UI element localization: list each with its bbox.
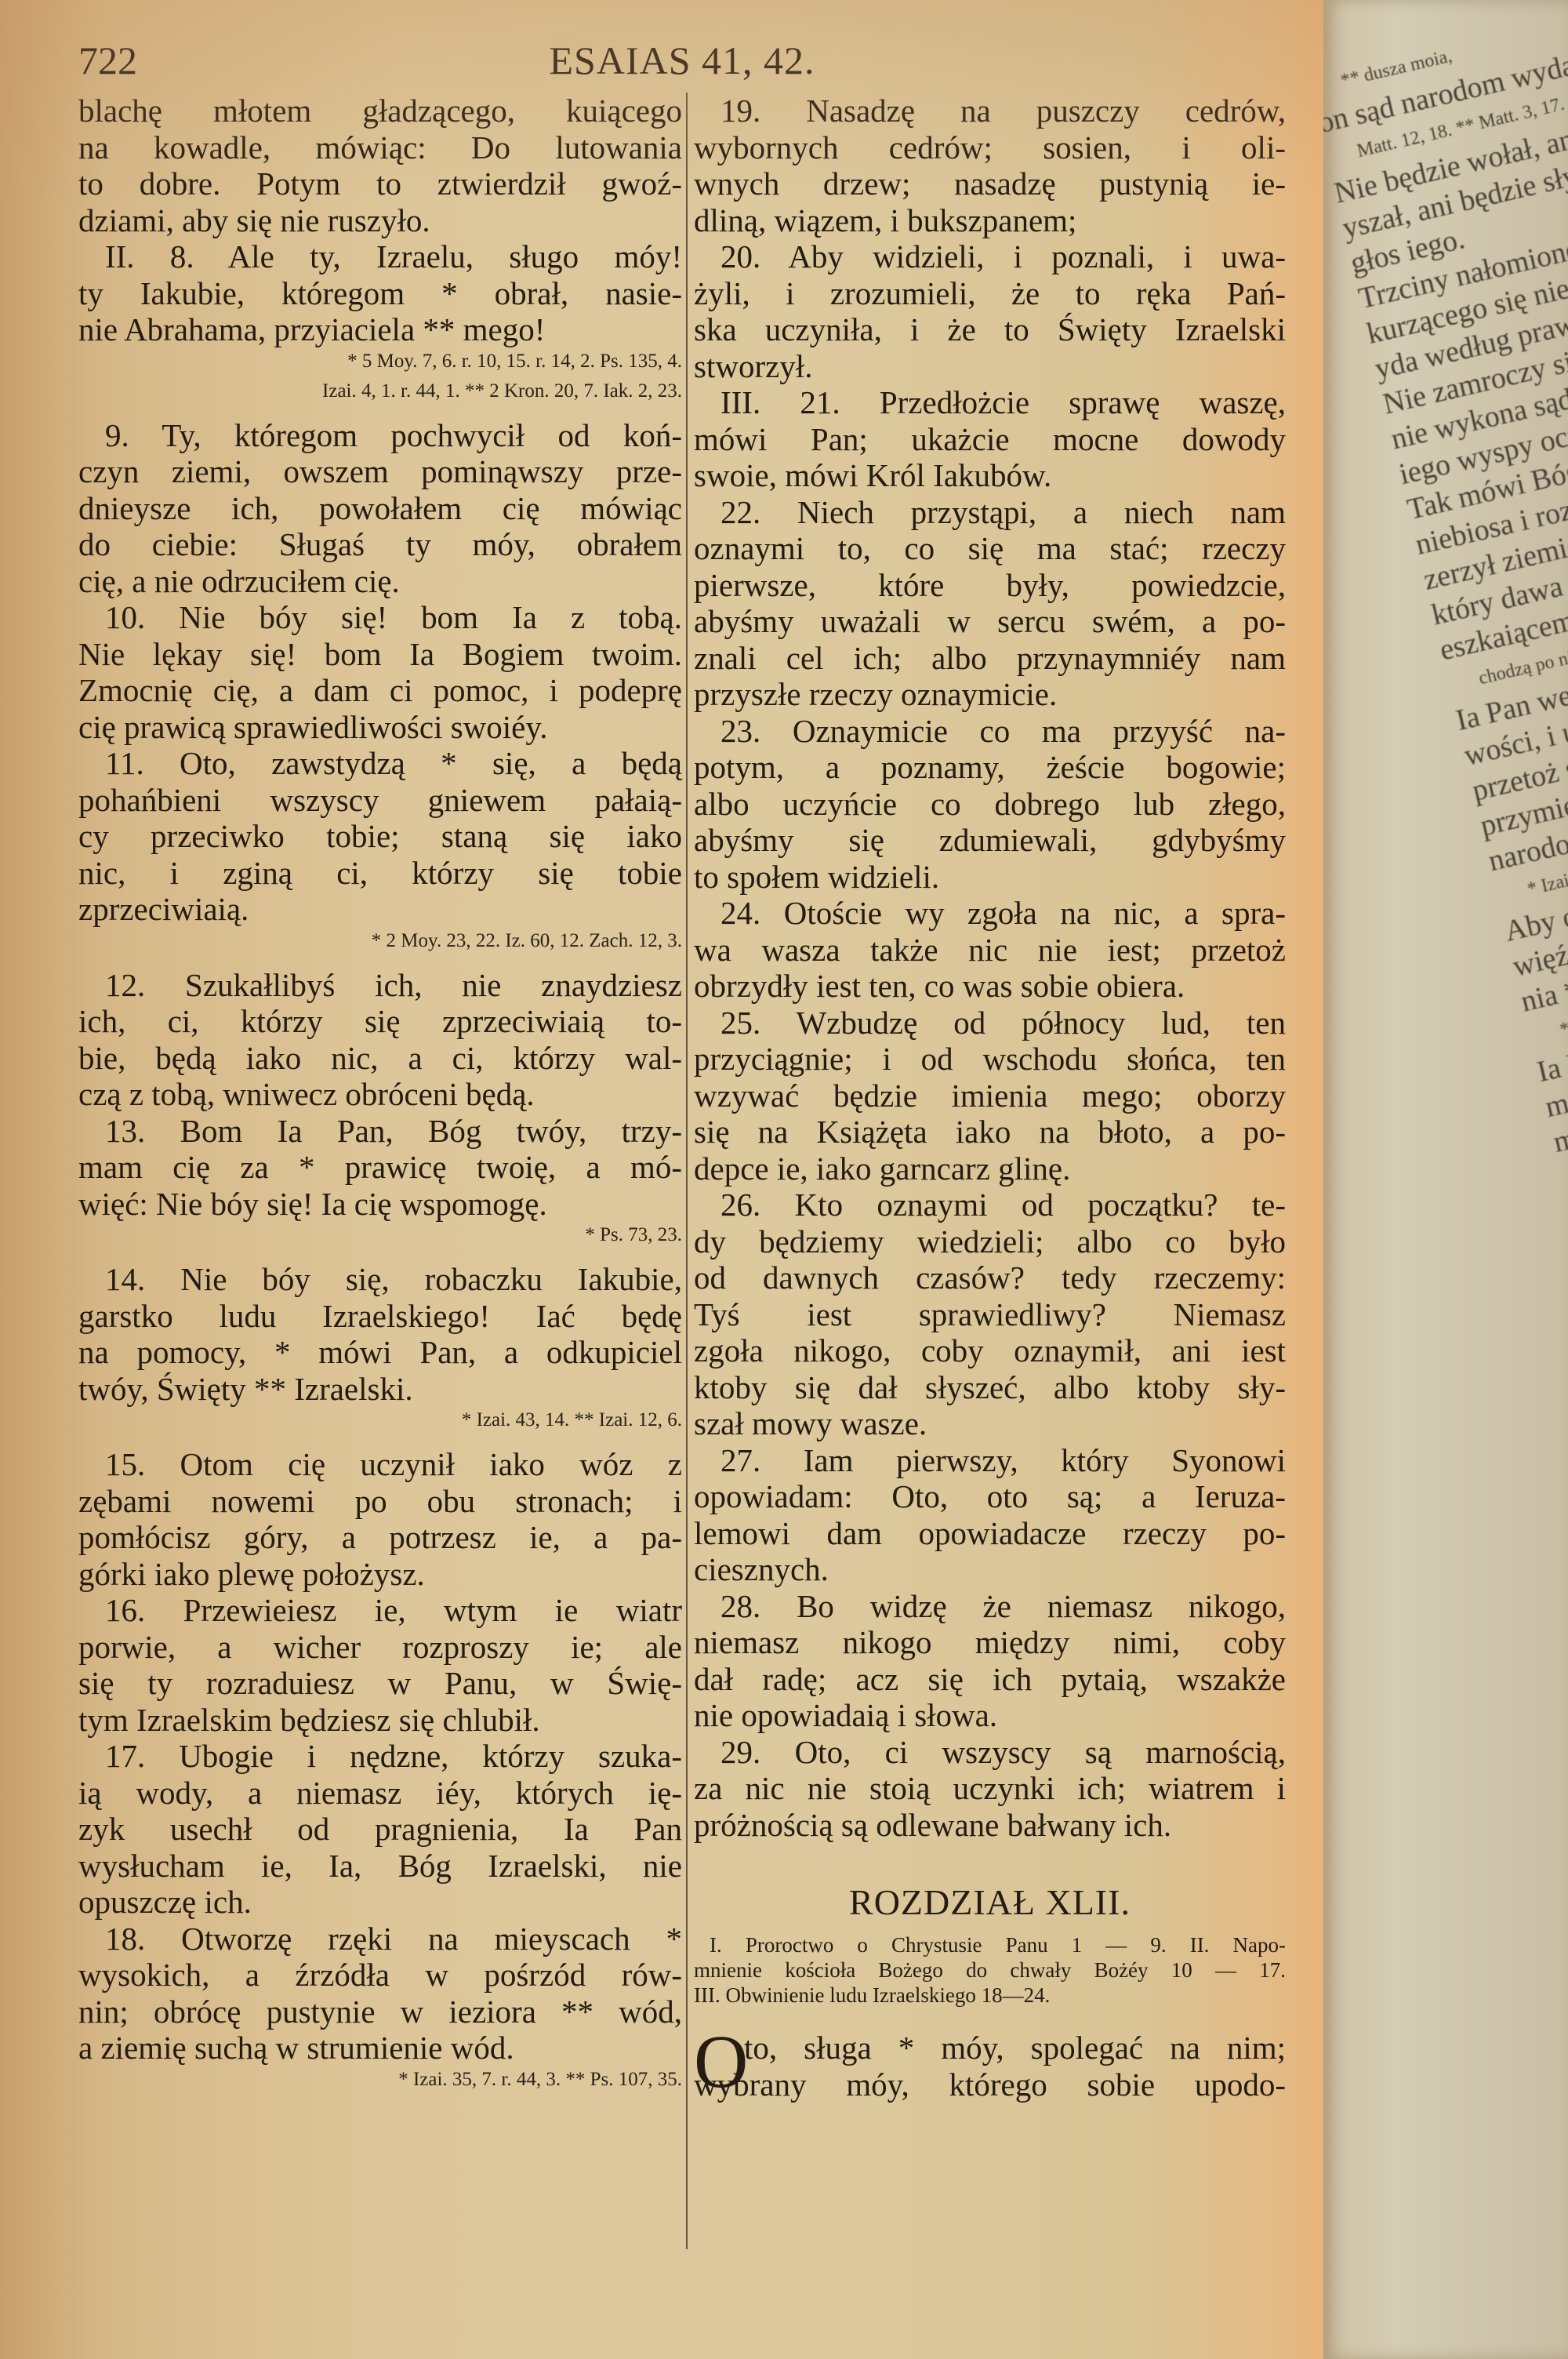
text-line: cy przeciwko tobie; staną się iako [78, 818, 682, 855]
text-line: porwie, a wicher rozproszy ie; ale [78, 1629, 682, 1666]
footnote-refs: * 5 Moy. 7, 6. r. 10, 15. r. 14, 2. Ps. … [78, 348, 682, 408]
cross-reference: Izai. 4, 1. r. 44, 1. ** 2 Kron. 20, 7. … [78, 378, 682, 408]
text-line: tym Izraelskim będziesz się chlubił. [78, 1702, 682, 1739]
footnote-refs: * Izai. 35, 7. r. 44, 3. ** Ps. 107, 35. [78, 2066, 682, 2096]
text-line: przyciągnie; i od wschodu słońca, ten [694, 1041, 1286, 1078]
text-line: Tyś iest sprawiedliwy? Niemasz [694, 1296, 1286, 1333]
text-line: więć: Nie bóy się! Ia cię wspomogę. [78, 1186, 682, 1223]
cross-reference: * 2 Moy. 23, 22. Iz. 60, 12. Zach. 12, 3… [78, 928, 682, 958]
text-line: na pomocy, * mówi Pan, a odkupiciel [78, 1334, 682, 1371]
text-line: lemowi dam opowiadacze rzeczy po- [694, 1515, 1286, 1552]
text-line: próżnością są odlewane bałwany ich. [694, 1807, 1286, 1844]
text-line: wnych drzew; nasadzę pustynią ie- [694, 165, 1286, 202]
text-line: 22. Niech przystąpi, a niech nam [694, 494, 1286, 531]
column-divider [686, 93, 688, 2249]
footnote-refs: * 2 Moy. 23, 22. Iz. 60, 12. Zach. 12, 3… [78, 928, 682, 958]
text-line: 17. Ubogie i nędzne, którzy szuka- [78, 1738, 682, 1775]
text-line: cię, a nie odrzuciłem cię. [78, 563, 682, 600]
text-line: stworzył. [694, 348, 1286, 385]
text-line: czą z tobą, wniwecz obróceni będą. [78, 1076, 682, 1113]
summary-line: I. Proroctwo o Chrystusie Panu 1 — 9. II… [694, 1932, 1286, 1957]
text-line: zyk usechł od pragnienia, Ia Pan [78, 1811, 682, 1848]
text-line: się na Książęta iako na błoto, a po- [694, 1114, 1286, 1150]
text-line: 10. Nie bóy się! bom Ia z tobą. [78, 599, 682, 636]
text-line: ią wody, a niemasz iéy, których ię- [78, 1775, 682, 1812]
text-line: III. 21. Przedłożcie sprawę waszę, [694, 384, 1286, 421]
text-line: Nie lękay się! bom Ia Bogiem twoim. [78, 636, 682, 673]
cross-reference: * Ps. 73, 23. [78, 1222, 682, 1252]
text-line: 20. Aby widzieli, i poznali, i uwa- [694, 238, 1286, 275]
text-line: niemasz nikogo między nimi, coby [694, 1624, 1286, 1661]
text-line: mówi Pan; ukażcie mocne dowody [694, 421, 1286, 458]
text-line: opuszczę ich. [78, 1884, 682, 1921]
text-line: ska uczyniła, i że to Święty Izraelski [694, 311, 1286, 348]
facing-page-text: ** dusza moia,on sąd narodom wydaMatt. 1… [1323, 0, 1568, 2005]
text-block: 12. Szukałlibyś ich, nie znaydzieszich, … [78, 967, 682, 1223]
text-line: dał radę; acz się ich pytaią, wszakże [694, 1661, 1286, 1698]
text-line: 23. Oznaymicie co ma przyyść na- [694, 713, 1286, 750]
text-line: opowiadam: Oto, oto są; a Ieruza- [694, 1478, 1286, 1515]
text-line: ktoby się dał słyszeć, albo ktoby sły- [694, 1369, 1286, 1406]
text-line: 12. Szukałlibyś ich, nie znaydziesz [78, 967, 682, 1004]
text-block: 19. Nasadzę na puszczy cedrów,wybornych … [694, 93, 1286, 1843]
text-line: wysokich, a źrzódła w pośrzód rów- [78, 1957, 682, 1994]
text-line: na kowadle, mówiąc: Do lutowania [78, 129, 682, 166]
text-line: nic, i zginą ci, którzy się tobie [78, 855, 682, 892]
footnote-refs: * Izai. 43, 14. ** Izai. 12, 6. [78, 1407, 682, 1437]
right-column: 19. Nasadzę na puszczy cedrów,wybornych … [694, 93, 1286, 2103]
text-line: dy będziemy wiedzieli; albo co było [694, 1223, 1286, 1260]
text-line: pierwsze, które były, powiedzcie, [694, 567, 1286, 604]
text-line: garstko ludu Izraelskiego! Iać będę [78, 1298, 682, 1335]
text-line: mam cię za * prawicę twoię, a mó- [78, 1149, 682, 1186]
text-line: wzywać będzie imienia mego; oborzy [694, 1078, 1286, 1114]
text-line: 13. Bom Ia Pan, Bóg twóy, trzy- [78, 1113, 682, 1150]
drop-cap: O [694, 2026, 748, 2097]
chapter-opening: O to, sługa * móy, spolegać na nim;wybra… [694, 2030, 1286, 2103]
text-block: blachę młotem gładzącego, kuiącegona kow… [78, 93, 682, 348]
text-line: oznaymi to, co się ma stać; rzeczy [694, 530, 1286, 567]
running-head: 722 ESAIAS 41, 42. [78, 38, 1286, 85]
text-line: cię prawicą sprawiedliwości swoiéy. [78, 709, 682, 746]
text-line: do ciebie: Sługaś ty móy, obrałem [78, 526, 682, 563]
left-column: blachę młotem gładzącego, kuiącegona kow… [78, 93, 682, 2096]
text-line: ciesznych. [694, 1551, 1286, 1588]
text-line: 9. Ty, któregom pochwycił od koń- [78, 417, 682, 454]
running-title: ESAIAS 41, 42. [78, 38, 1286, 83]
text-line: abyśmy uważali w sercu swém, a po- [694, 603, 1286, 640]
text-line: 19. Nasadzę na puszczy cedrów, [694, 93, 1286, 129]
text-line: a ziemię suchą w strumienie wód. [78, 2030, 682, 2066]
cross-reference: * 5 Moy. 7, 6. r. 10, 15. r. 14, 2. Ps. … [78, 348, 682, 378]
chapter-summary: I. Proroctwo o Chrystusie Panu 1 — 9. II… [694, 1932, 1286, 2008]
text-line: za nic nie stoią uczynki ich; wiatrem i [694, 1770, 1286, 1807]
text-line: dziami, aby się nie ruszyło. [78, 202, 682, 239]
text-line: 11. Oto, zawstydzą * się, a będą [78, 745, 682, 782]
text-line: 29. Oto, ci wszyscy są marnością, [694, 1734, 1286, 1771]
text-line: czyn ziemi, owszem pominąwszy prze- [78, 453, 682, 490]
summary-line: III. Obwinienie ludu Izraelskiego 18—24. [694, 1983, 1286, 2008]
text-line: swoie, mówi Król Iakubów. [694, 457, 1286, 494]
text-line: abyśmy się zdumiewali, gdybyśmy [694, 822, 1286, 859]
text-line: od dawnych czasów? tedy rzeczemy: [694, 1259, 1286, 1296]
text-line: to dobre. Potym to ztwierdził gwoź- [78, 165, 682, 202]
text-line: pohańbieni wszyscy gniewem pałaią- [78, 782, 682, 819]
text-block: 9. Ty, któregom pochwycił od koń-czyn zi… [78, 417, 682, 928]
text-line: zprzeciwiaią. [78, 891, 682, 928]
text-line: 18. Otworzę rzęki na mieyscach * [78, 1921, 682, 1957]
footnote-refs: * Ps. 73, 23. [78, 1222, 682, 1252]
text-line: nin; obrócę pustynie w ieziora ** wód, [78, 1994, 682, 2030]
text-line: twóy, Święty ** Izraelski. [78, 1371, 682, 1408]
text-line: żyli, i zrozumieli, że to ręka Pań- [694, 275, 1286, 312]
facing-page-edge: ** dusza moia,on sąd narodom wydaMatt. 1… [1323, 0, 1568, 2359]
text-line: dliną, wiązem, i bukszpanem; [694, 202, 1286, 239]
text-line: szał mowy wasze. [694, 1405, 1286, 1442]
text-line: blachę młotem gładzącego, kuiącego [78, 93, 682, 129]
text-line: ich, ci, którzy się zprzeciwiaią to- [78, 1003, 682, 1040]
text-block: 14. Nie bóy się, robaczku Iakubie,garstk… [78, 1261, 682, 1407]
text-line: obrzydły iest ten, co was sobie obiera. [694, 968, 1286, 1005]
text-line: 28. Bo widzę że niemasz nikogo, [694, 1588, 1286, 1625]
text-line: bie, będą iako nic, a ci, którzy wal- [78, 1040, 682, 1077]
text-line: albo uczyńcie co dobrego lub złego, [694, 786, 1286, 823]
text-line: zgoła nikogo, coby oznaymił, ani iest [694, 1332, 1286, 1369]
text-line: 14. Nie bóy się, robaczku Iakubie, [78, 1261, 682, 1298]
text-line: przyszłe rzeczy oznaymicie. [694, 676, 1286, 713]
text-line: wa wasza także nic nie iest; przetoż [694, 932, 1286, 969]
chapter-heading: ROZDZIAŁ XLII. [694, 1879, 1286, 1926]
text-line: 26. Kto oznaymi od początku? te- [694, 1187, 1286, 1223]
book-page-left: 722 ESAIAS 41, 42. blachę młotem gładząc… [0, 0, 1325, 2359]
text-line: potym, a poznamy, żeście bogowie; [694, 749, 1286, 786]
text-line: pomłócisz góry, a potrzesz ie, a pa- [78, 1519, 682, 1556]
cross-reference: * Izai. 43, 14. ** Izai. 12, 6. [78, 1407, 682, 1437]
text-line: nie Abrahama, przyiaciela ** mego! [78, 311, 682, 348]
text-line: wysłucham ie, Ia, Bóg Izraelski, nie [78, 1848, 682, 1885]
text-line: zębami nowemi po obu stronach; i [78, 1483, 682, 1520]
text-line: depce ie, iako garncarz glinę. [694, 1150, 1286, 1187]
text-line: znali cel ich; albo przynaymniéy nam [694, 640, 1286, 677]
summary-line: mnienie kościoła Bożego do chwały Bożéy … [694, 1957, 1286, 1983]
text-line: Zmocnię cię, a dam ci pomoc, i podeprę [78, 672, 682, 709]
text-line: wybornych cedrów; sosien, i oli- [694, 129, 1286, 166]
text-line: 25. Wzbudzę od północy lud, ten [694, 1005, 1286, 1041]
text-line: to, sługa * móy, spolegać na nim; [694, 2030, 1286, 2066]
text-line: 15. Otom cię uczynił iako wóz z [78, 1446, 682, 1483]
text-line: ty Iakubie, któregom * obrał, nasie- [78, 275, 682, 312]
text-line: to społem widzieli. [694, 859, 1286, 896]
text-line: dnieysze ich, powołałem cię mówiąc [78, 490, 682, 527]
text-line: wybrany móy, którego sobie upodo- [694, 2066, 1286, 2103]
text-line: 27. Iam pierwszy, który Syonowi [694, 1442, 1286, 1479]
cross-reference: * Izai. 35, 7. r. 44, 3. ** Ps. 107, 35. [78, 2066, 682, 2096]
text-line: 24. Otoście wy zgoła na nic, a spra- [694, 895, 1286, 932]
text-line: II. 8. Ale ty, Izraelu, sługo móy! [78, 238, 682, 275]
text-line: się ty rozraduiesz w Panu, w Świę- [78, 1665, 682, 1702]
text-line: górki iako plewę położysz. [78, 1556, 682, 1593]
text-line: nie opowiadaią i słowa. [694, 1697, 1286, 1734]
text-block: 15. Otom cię uczynił iako wóz zzębami no… [78, 1446, 682, 2066]
text-line: 16. Przewieiesz ie, wtym ie wiatr [78, 1592, 682, 1629]
